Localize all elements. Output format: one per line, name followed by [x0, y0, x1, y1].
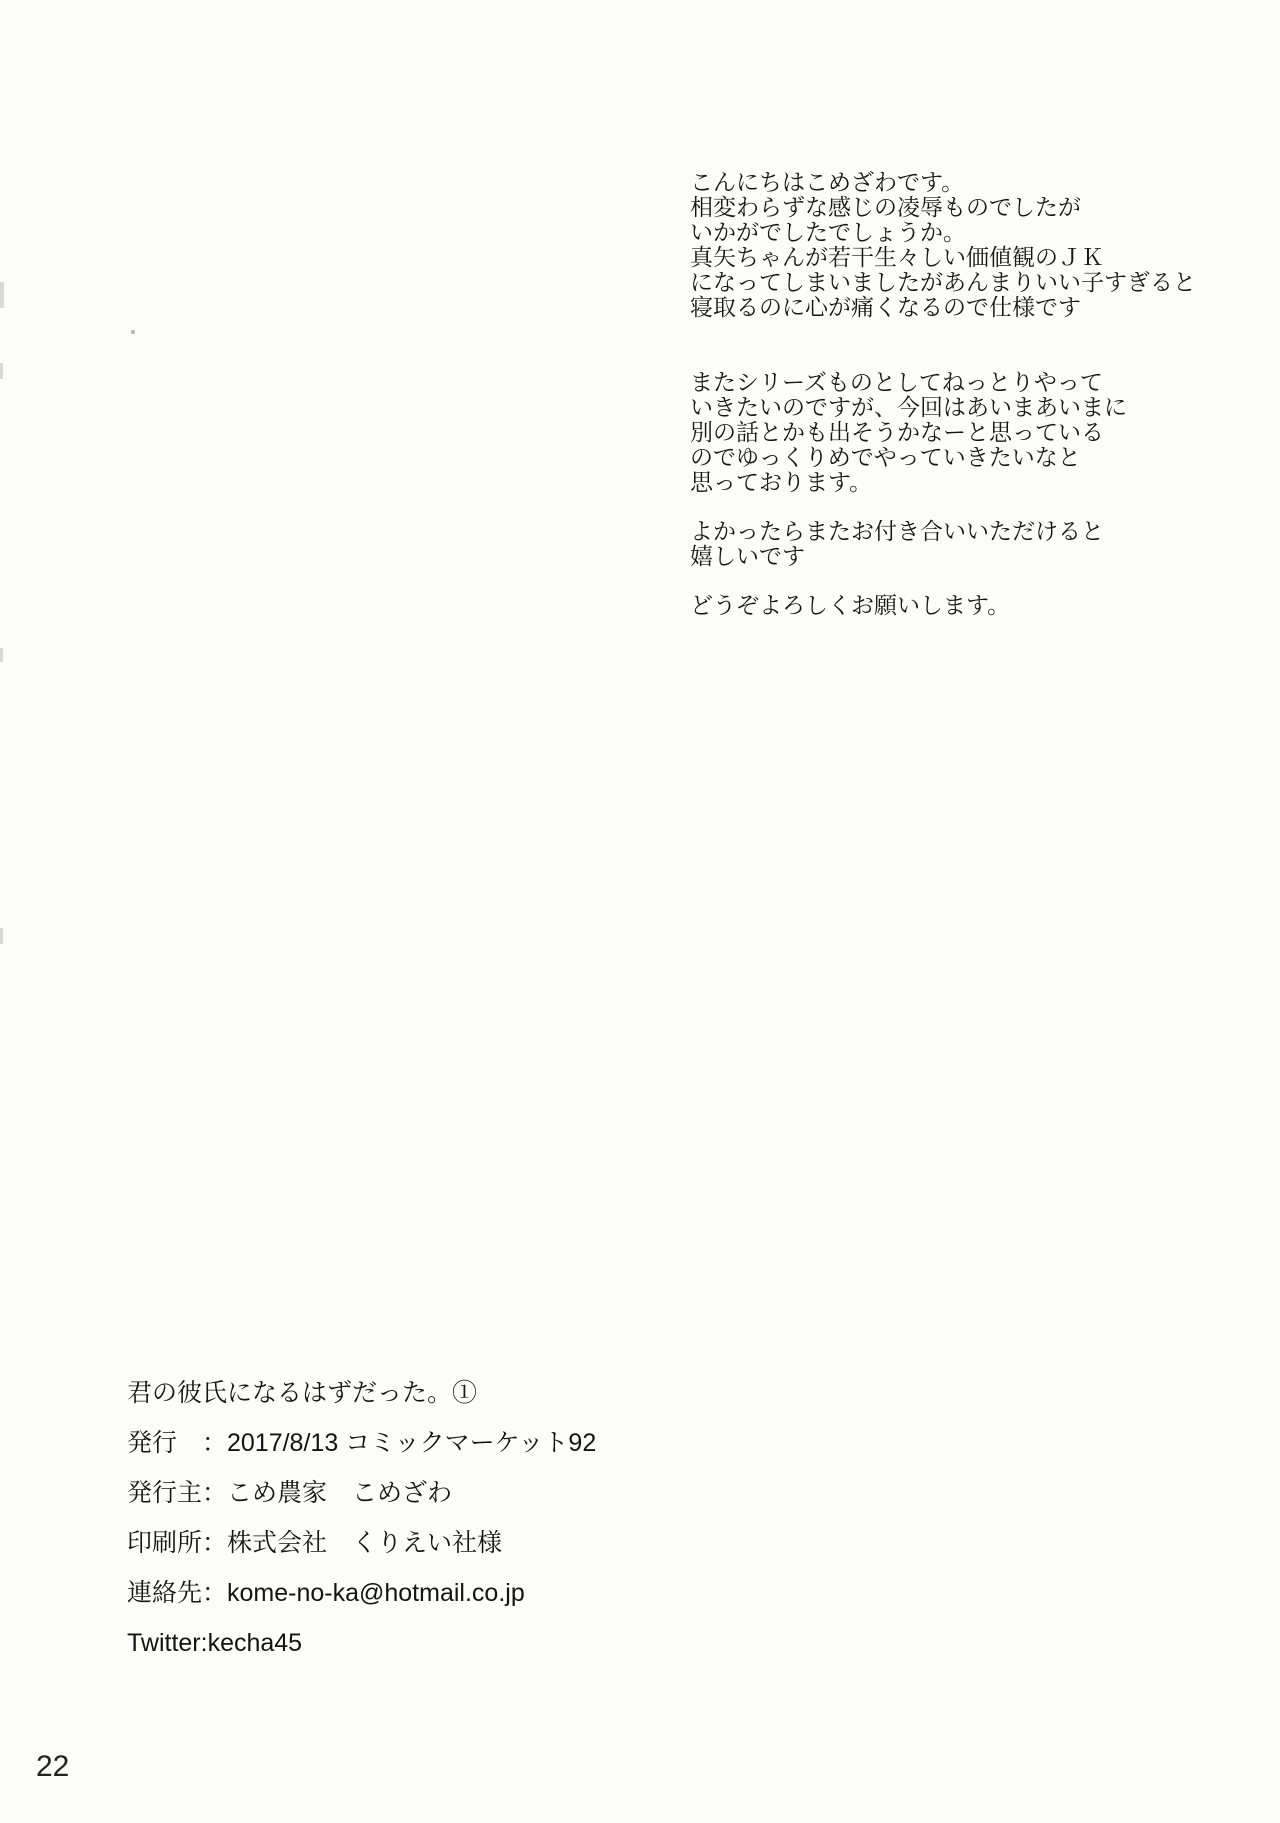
scan-artifact	[0, 282, 4, 308]
colophon-line-publication: 発行 ：2017/8/13 コミックマーケット92	[127, 1418, 596, 1468]
colophon-block: 君の彼氏になるはずだった。① 発行 ：2017/8/13 コミックマーケット92…	[127, 1368, 596, 1668]
colophon-line-contact-email: 連絡先：kome-no-ka@hotmail.co.jp	[127, 1568, 596, 1618]
colophon-line-publisher: 発行主：こめ農家 こめざわ	[127, 1468, 596, 1518]
scan-artifact	[0, 928, 3, 944]
page-number: 22	[36, 1750, 69, 1784]
afterword-paragraph-closing: どうぞよろしくお願いします。	[690, 593, 1275, 618]
scan-artifact	[0, 648, 3, 662]
scanned-afterword-page: こんにちはこめざわです。 相変わらずな感じの凌辱ものでしたが いかがでしたでしょ…	[0, 0, 1280, 1823]
scan-artifact	[131, 330, 135, 334]
afterword-paragraph-series: またシリーズものとしてねっとりやって いきたいのですが、今回はあいまあいまに 別…	[690, 370, 1275, 495]
book-title: 君の彼氏になるはずだった。①	[127, 1368, 596, 1418]
scan-artifact	[0, 363, 3, 379]
afterword-paragraph-greeting: こんにちはこめざわです。 相変わらずな感じの凌辱ものでしたが いかがでしたでしょ…	[690, 170, 1275, 320]
afterword-paragraph-thanks: よかったらまたお付き合いいただけると 嬉しいです	[690, 519, 1275, 569]
afterword-text-block: こんにちはこめざわです。 相変わらずな感じの凌辱ものでしたが いかがでしたでしょ…	[690, 170, 1275, 618]
colophon-line-twitter: Twitter:kecha45	[127, 1618, 596, 1668]
colophon-line-printer: 印刷所：株式会社 くりえい社様	[127, 1518, 596, 1568]
